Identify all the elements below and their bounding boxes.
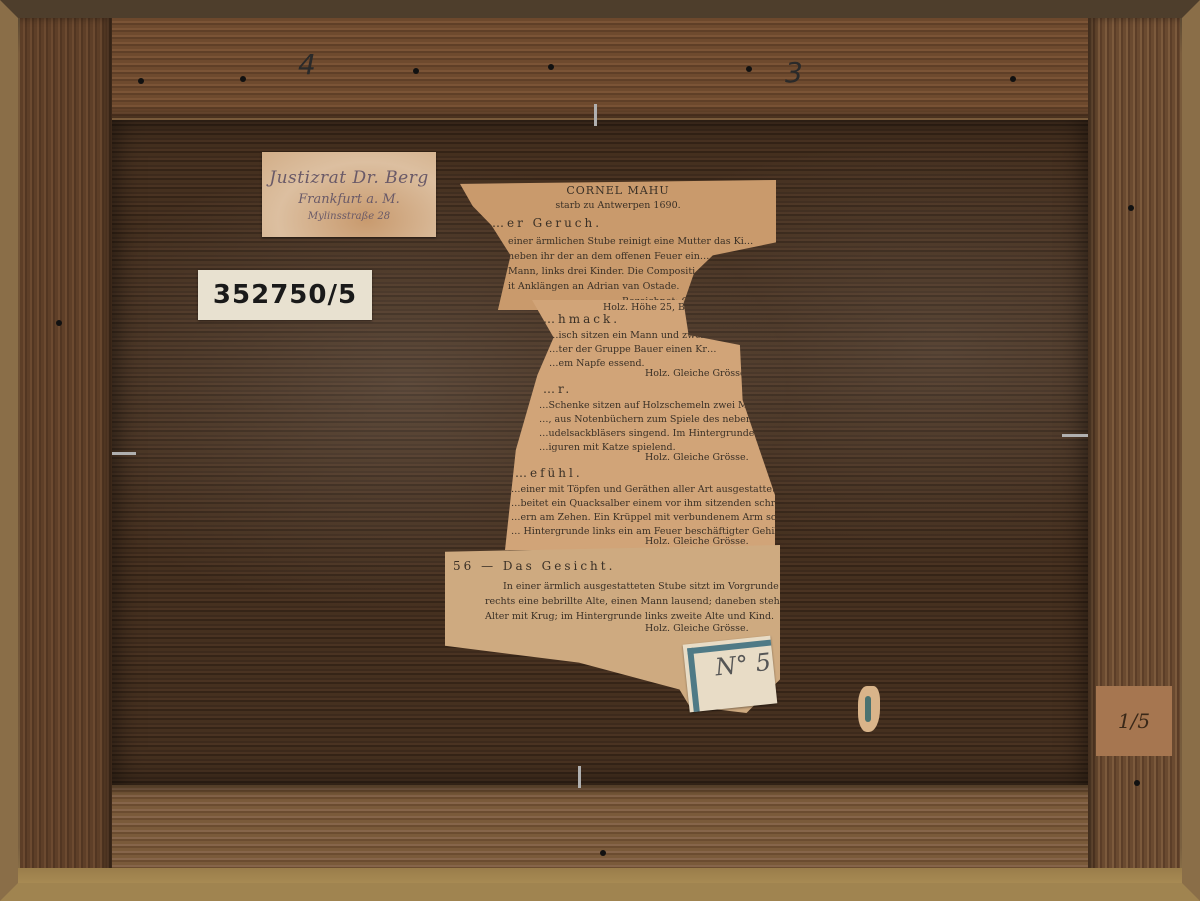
- entry-title: 56 — Das Gesicht.: [453, 559, 615, 575]
- entry-medium: Holz. Gleiche Grösse.: [645, 450, 749, 466]
- entry-line: neben ihr der an dem offenen Feuer ein…: [508, 249, 709, 265]
- nail-bottom: [578, 766, 581, 788]
- entry-line: In einer ärmlich ausgestatteten Stube si…: [503, 579, 779, 595]
- nail-hole: [413, 68, 419, 74]
- entry-medium: Holz. Gleiche Grösse.: [645, 366, 749, 382]
- frame-left-stile: [20, 18, 112, 885]
- right-frame-label: 1/5: [1096, 686, 1172, 756]
- entry-title: …r.: [543, 382, 572, 398]
- nail-top: [594, 104, 597, 126]
- nail-hole: [138, 78, 144, 84]
- owner-street: Mylinsstraße 28: [262, 211, 436, 222]
- nail-hole: [548, 64, 554, 70]
- nail-left: [112, 452, 136, 455]
- nail-hole: [1128, 205, 1134, 211]
- nail-hole: [600, 850, 606, 856]
- entry-line: einer ärmlichen Stube reinigt eine Mutte…: [508, 234, 753, 250]
- clipping-artist: CORNEL MAHU: [460, 183, 776, 199]
- nail-hole: [240, 76, 246, 82]
- entry-line: rechts eine bebrillte Alte, einen Mann l…: [485, 594, 784, 610]
- entry-medium: Holz. Gleiche Grösse.: [645, 621, 749, 637]
- nail-hole: [56, 320, 62, 326]
- paper-fragment: [858, 686, 880, 732]
- entry-line: Mann, links drei Kinder. Die Compositi…: [508, 264, 705, 280]
- frame-top-rail: [20, 18, 1180, 118]
- frame-mark-left: 4: [298, 48, 316, 81]
- entry-line: …em Napfe essend.: [549, 356, 645, 372]
- entry-title: …er Geruch.: [492, 216, 602, 232]
- nail-hole: [1010, 76, 1016, 82]
- nail-hole: [1134, 780, 1140, 786]
- stamp-label: N° 5: [683, 636, 778, 713]
- entry-title: …hmack.: [543, 312, 620, 328]
- nail-right: [1062, 434, 1088, 437]
- stamp-number: N° 5: [714, 648, 773, 682]
- inventory-label: 352750/5: [198, 270, 372, 320]
- entry-line: it Anklängen an Adrian van Ostade.: [508, 279, 679, 295]
- owner-name: Justizrat Dr. Berg: [262, 168, 436, 188]
- frame-gilt-edge: [0, 868, 1200, 901]
- clipping-artist-note: starb zu Antwerpen 1690.: [460, 198, 776, 214]
- entry-title: …efühl.: [515, 466, 583, 482]
- nail-hole: [746, 66, 752, 72]
- owner-label: Justizrat Dr. Berg Frankfurt a. M. Mylin…: [262, 152, 436, 237]
- frame-mark-right: 3: [785, 56, 803, 89]
- owner-city: Frankfurt a. M.: [262, 192, 436, 207]
